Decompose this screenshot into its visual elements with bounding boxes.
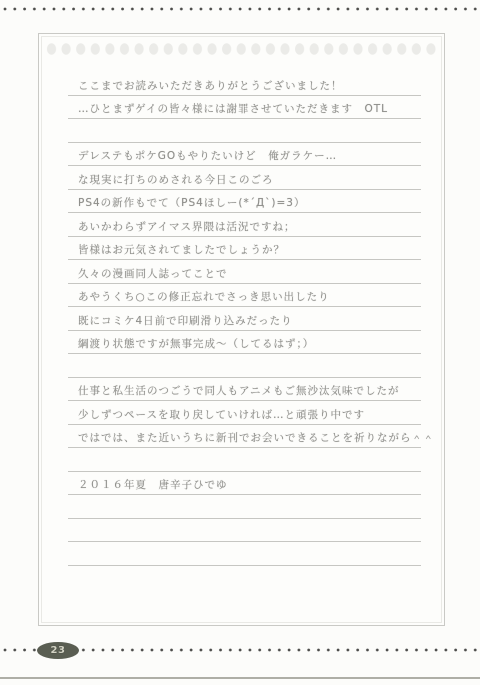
note-line-text: デレステもポケGOもやりたいけど 俺ガラケー… [68, 148, 337, 165]
note-line-text [68, 469, 78, 471]
note-line-text: あやうくち○この修正忘れでさっき思い出したり [68, 289, 330, 306]
note-line-text: ではでは、また近いうちに新刊でお会いできることを祈りながら＾＾ [68, 430, 435, 447]
note-line-text: 既にコミケ4日前で印刷滑り込みだったり [68, 313, 293, 330]
note-line-text: あいかわらずアイマス界隈は活況ですね； [68, 219, 296, 236]
note-line [68, 119, 421, 143]
note-line [68, 519, 421, 543]
note-line: デレステもポケGOもやりたいけど 俺ガラケー… [68, 143, 421, 167]
signature-text: ２０１６年夏 唐辛子ひでゆ [68, 477, 228, 494]
note-line: あやうくち○この修正忘れでさっき思い出したり [68, 284, 421, 308]
note-line-text: 少しずつペースを取り戻していければ…と頑張り中です [68, 407, 365, 424]
note-line: ではでは、また近いうちに新刊でお会いできることを祈りながら＾＾ [68, 425, 421, 449]
note-line: PS4の新作もでて（PS4ほしー(*´Д`)=3） [68, 190, 421, 214]
scanned-afterword-page: ここまでお読みいただきありがとうございました！ …ひとまずゲイの皆々様には謝罪さ… [0, 0, 480, 685]
top-dotted-border [0, 4, 480, 14]
note-line-text: …ひとまずゲイの皆々様には謝罪させていただきます OTL [68, 101, 388, 118]
note-line-text: 仕事と私生活のつごうで同人もアニメもご無沙汰気味でしたが [68, 383, 399, 400]
note-line-text [68, 563, 78, 565]
note-line-text [68, 140, 78, 142]
note-line-text: 綱渡り状態ですが無事完成～（してるはず；） [68, 336, 314, 353]
note-line: …ひとまずゲイの皆々様には謝罪させていただきます OTL [68, 96, 421, 120]
note-line: あいかわらずアイマス界隈は活況ですね； [68, 213, 421, 237]
note-line-text [68, 375, 78, 377]
note-line-text [68, 516, 78, 518]
note-line: 既にコミケ4日前で印刷滑り込みだったり [68, 307, 421, 331]
note-line: 少しずつペースを取り戻していければ…と頑張り中です [68, 401, 421, 425]
note-line [68, 495, 421, 519]
page-number: 23 [51, 645, 66, 656]
note-line: ここまでお読みいただきありがとうございました！ [68, 72, 421, 96]
note-line-text: な現実に打ちのめされる今日このごろ [68, 172, 274, 189]
note-line-text: 久々の漫画同人誌ってことで [68, 266, 228, 283]
note-line-text [68, 539, 78, 541]
ruled-text-area: ここまでお読みいただきありがとうございました！ …ひとまずゲイの皆々様には謝罪さ… [68, 72, 421, 566]
page-number-badge: 23 [37, 642, 79, 659]
note-line [68, 448, 421, 472]
note-line: な現実に打ちのめされる今日このごろ [68, 166, 421, 190]
note-line [68, 542, 421, 566]
note-line-text: ここまでお読みいただきありがとうございました！ [68, 78, 343, 95]
note-line: 久々の漫画同人誌ってことで [68, 260, 421, 284]
scan-edge-line [0, 677, 480, 679]
note-line-text: PS4の新作もでて（PS4ほしー(*´Д`)=3） [68, 195, 305, 212]
note-line-text: 皆様はお元気されてましたでしょうか？ [68, 242, 285, 259]
note-line [68, 354, 421, 378]
decorative-stamp-band [44, 40, 439, 58]
note-line: 綱渡り状態ですが無事完成～（してるはず；） [68, 331, 421, 355]
note-line: 仕事と私生活のつごうで同人もアニメもご無沙汰気味でしたが [68, 378, 421, 402]
letter-paper-frame: ここまでお読みいただきありがとうございました！ …ひとまずゲイの皆々様には謝罪さ… [38, 33, 445, 626]
note-line: 皆様はお元気されてましたでしょうか？ [68, 237, 421, 261]
signature-line: ２０１６年夏 唐辛子ひでゆ [68, 472, 421, 496]
